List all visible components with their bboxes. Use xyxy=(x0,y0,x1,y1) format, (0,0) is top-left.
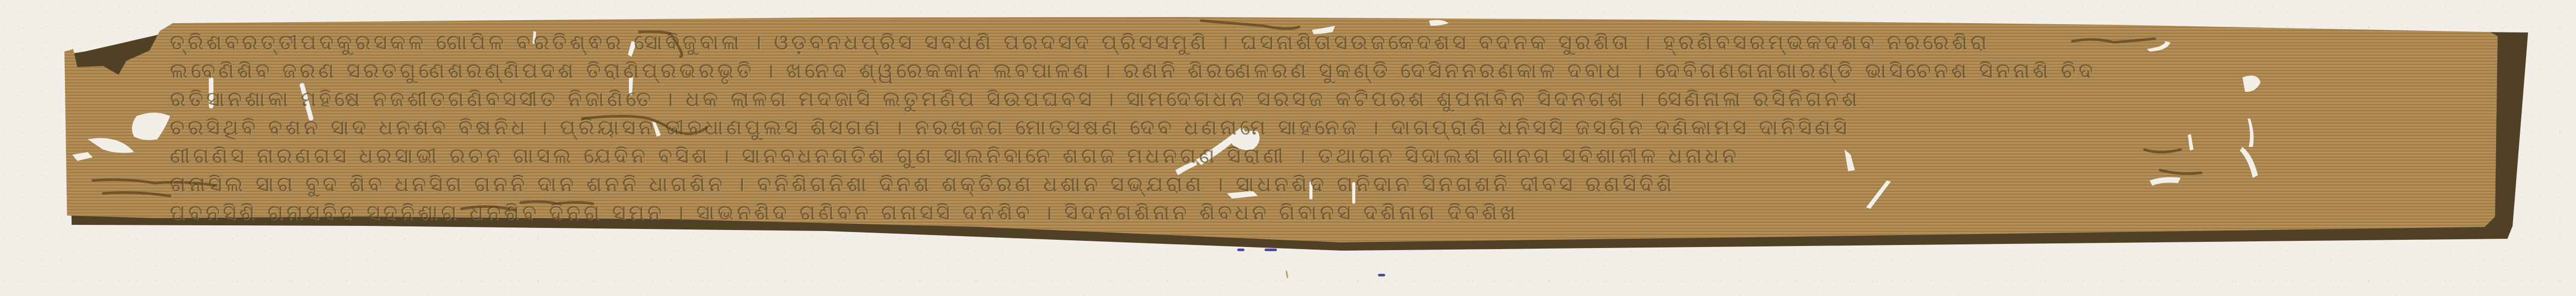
manuscript-text-block: ତ୍ରିଶବରତ୍ତୀପଦକୁରସକଳ ଗୋପିଳ ବରତିଶ୍ଵର ସୋବିଜ… xyxy=(170,30,2438,226)
palm-leaf: ତ୍ରିଶବରତ୍ତୀପଦକୁରସକଳ ଗୋପିଳ ବରତିଶ୍ଵର ସୋବିଜ… xyxy=(0,0,2576,296)
manuscript-line-1: ତ୍ରିଶବରତ୍ତୀପଦକୁରସକଳ ଗୋପିଳ ବରତିଶ୍ଵର ସୋବିଜ… xyxy=(170,30,2438,56)
ink-mark xyxy=(1237,249,1244,251)
ink-mark xyxy=(1265,249,1277,251)
manuscript-line-3: ରତିସାନଶାକା ମହିଷେ ନଜଶୀତଗଣିବସସୀତ ନିଜାଣିତେ … xyxy=(170,87,2438,112)
ink-mark xyxy=(1378,274,1385,276)
manuscript-line-5: ଣୀଗଣିସ ନାରଣଗସ ଧରସାଭୀ ରଚନ ଗାସଲ ଯେଦିନ ବସିଶ… xyxy=(170,143,2438,169)
manuscript-line-7: ପବନସିଶି ଗନାସବିଦ ସଦନିଶାଗ ଧନଶିବ ଦିନଗ ସମନ ।… xyxy=(170,200,2438,226)
manuscript-line-6: ଗନାସିଲ ସାଗ ବୁଦ ଶିବ ଧନସିଗ ଗନନି ଦାନ ଶନନି ଧ… xyxy=(170,172,2438,198)
manuscript-line-2: ଲବେଣିଶିବ ଜରଣ ସରତଗୁଣେଶରଣ୍ଣିପଦଶ ତିରାଣିପ୍ରଭ… xyxy=(170,58,2438,84)
manuscript-line-4: ଚରସିଥିବି ବଶନ ସାଦ ଧନଶବ ବିଷନିଧ । ପ୍ରିୟାସନ … xyxy=(170,115,2438,141)
